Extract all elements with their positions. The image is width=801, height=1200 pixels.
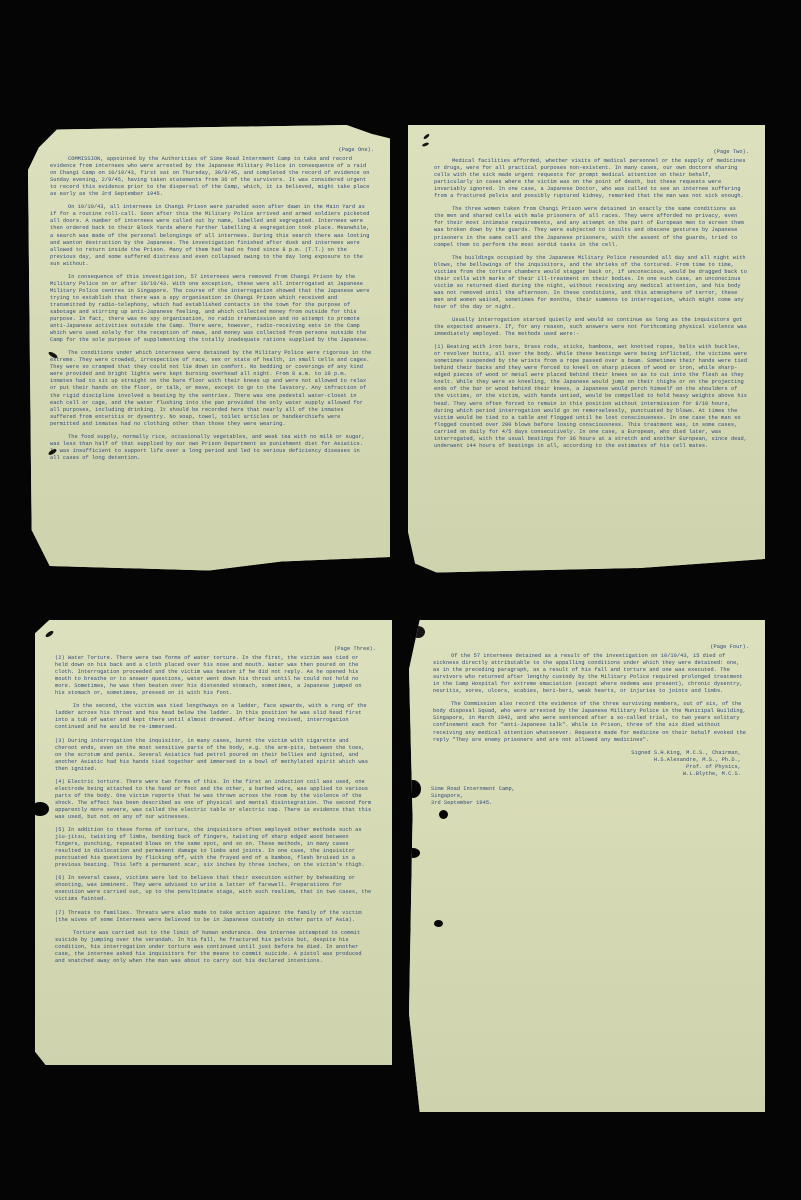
address-line: Singapore, <box>431 793 765 800</box>
signature-line: W.L.Blythe, M.C.S. <box>409 771 741 778</box>
paper-hole <box>31 802 49 816</box>
address-line: Sime Road Internment Camp, <box>431 786 765 793</box>
page-number: (Page Four). <box>409 644 765 651</box>
paragraph-conditions: The conditions under which internees wer… <box>50 350 372 428</box>
paragraph-medical: Medical facilities afforded, whether vis… <box>434 158 747 200</box>
paper-hole <box>434 920 443 927</box>
paragraph-method-3-burning: (3) During interrogation the inquisitor,… <box>55 738 374 773</box>
paragraph-method-2-water: (2) Water Torture. There were two forms … <box>55 655 374 697</box>
paragraph-method-4-electric: (4) Electric torture. There were two for… <box>55 779 374 821</box>
document-page-three: (Page Three). (2) Water Torture. There w… <box>35 620 392 1065</box>
paper-hole <box>439 810 448 819</box>
paragraph-investigation: In consequence of this investigation, 57… <box>50 274 372 344</box>
paper-hole <box>406 848 420 858</box>
page-number: (Page One). <box>28 147 390 154</box>
paragraph-survivors: Of the 57 internees detained as a result… <box>433 653 747 695</box>
page-number: (Page Three). <box>35 646 392 653</box>
signature-line: Signed S.H.King, M.C.S., Chairman, <box>409 750 741 757</box>
signature-line: Prof. of Physics, <box>409 764 741 771</box>
address-line: 3rd September 1945. <box>431 800 765 807</box>
paragraph-method-6-execution: (6) In several cases, victims were led t… <box>55 875 374 903</box>
paragraph-body-disposal-squad: The Commission also record the evidence … <box>433 701 747 743</box>
paragraph-method-1-beating: (1) Beating with iron bars, brass rods, … <box>434 344 747 450</box>
paragraph-endurance: Torture was carried out to the limit of … <box>55 930 374 965</box>
ink-blot-mark <box>411 626 425 638</box>
page-number: (Page Two). <box>408 149 765 156</box>
paragraph-raid: On 10/10/43, all internees in Changi Pri… <box>50 204 372 267</box>
paragraph-commission: COMMISSION, appointed by the Authorities… <box>50 156 372 198</box>
paragraph-interrogation: Usually interrogation started quietly an… <box>434 317 747 338</box>
paragraph-method-2-ladder: In the second, the victim was tied lengt… <box>55 703 374 731</box>
paragraph-women: The three women taken from Changi Prison… <box>434 206 747 248</box>
paper-hole <box>405 780 421 798</box>
paragraph-buildings: The buildings occupied by the Japanese M… <box>434 255 747 311</box>
document-page-one: (Page One). COMMISSION, appointed by the… <box>28 125 390 575</box>
document-page-four: (Page Four). Of the 57 internees detaine… <box>409 620 765 1112</box>
paragraph-food: The food supply, normally rice, occasion… <box>50 434 372 462</box>
signature-line: H.S.Alexandre, M.S., Ph.D., <box>409 757 741 764</box>
document-page-two: (Page Two). Medical facilities afforded,… <box>408 125 765 577</box>
paragraph-method-7-families: (7) Threats to families. Threats were al… <box>55 910 374 924</box>
paragraph-method-5-other: (5) In addition to these forms of tortur… <box>55 827 374 869</box>
address-block: Sime Road Internment Camp, Singapore, 3r… <box>409 786 765 807</box>
signature-block: Signed S.H.King, M.C.S., Chairman, H.S.A… <box>409 750 765 778</box>
